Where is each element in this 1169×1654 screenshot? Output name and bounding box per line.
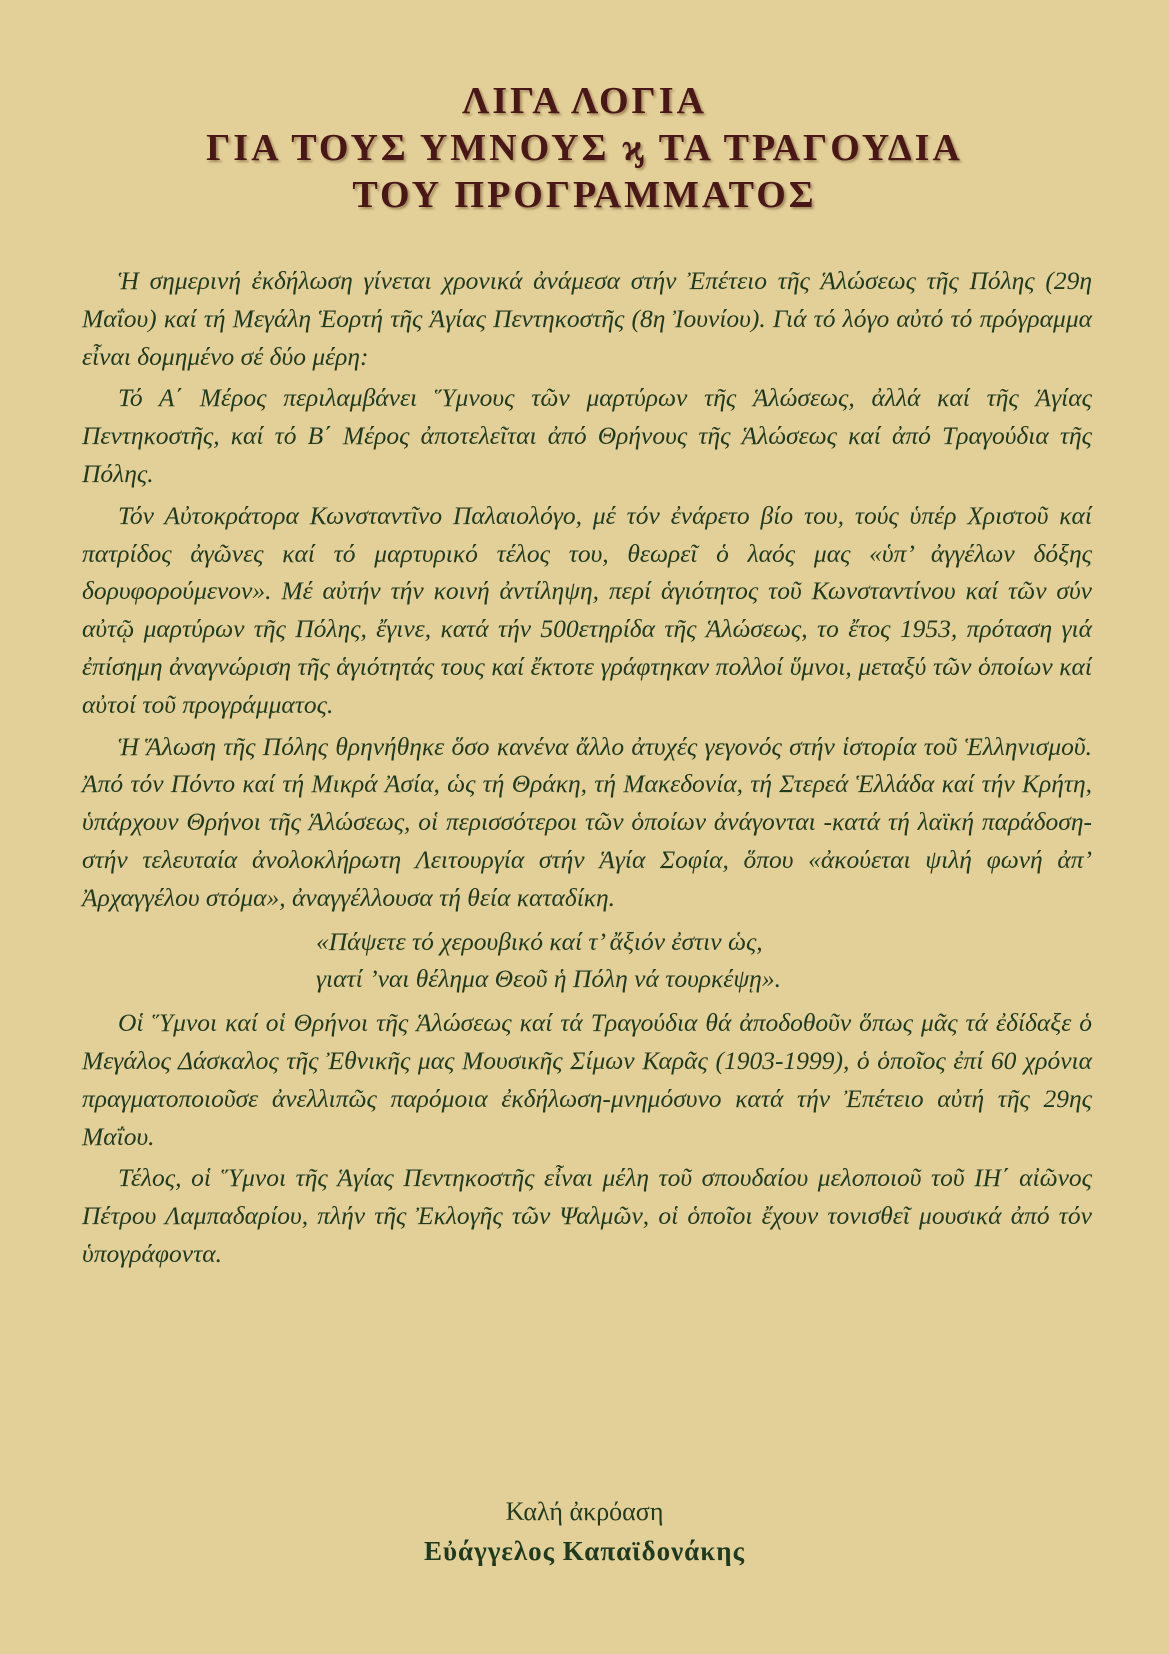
body-text: Ἡ σημερινή ἐκδήλωση γίνεται χρονικά ἀνάμ… [82, 262, 1092, 1277]
paragraph-pentecost: Τέλος, οἱ Ὕμνοι τῆς Ἁγίας Πεντηκοστῆς εἶ… [82, 1159, 1092, 1272]
paragraph-intro: Ἡ σημερινή ἐκδήλωση γίνεται χρονικά ἀνάμ… [82, 262, 1092, 375]
verse-line-2: γιατί ’ναι θέλημα Θεοῦ ἡ Πόλη νά τουρκέψ… [82, 960, 1092, 998]
paragraph-karas: Οἱ Ὕμνοι καί οἱ Θρήνοι τῆς Ἁλώσεως καί τ… [82, 1004, 1092, 1155]
closing-greeting: Καλή ἀκρόαση [0, 1497, 1169, 1527]
title-line-2: ΓΙΑ ΤΟΥΣ ΥΜΝΟΥΣ ϗ ΤΑ ΤΡΑΓΟΥΔΙΑ [0, 125, 1169, 172]
title-line-1: ΛΙΓΑ ΛΟΓΙΑ [0, 78, 1169, 125]
author-signature: Εὐάγγελος Καπαϊδονάκης [0, 1536, 1169, 1567]
page-title: ΛΙΓΑ ΛΟΓΙΑ ΓΙΑ ΤΟΥΣ ΥΜΝΟΥΣ ϗ ΤΑ ΤΡΑΓΟΥΔΙ… [0, 78, 1169, 219]
document-page: ΛΙΓΑ ΛΟΓΙΑ ΓΙΑ ΤΟΥΣ ΥΜΝΟΥΣ ϗ ΤΑ ΤΡΑΓΟΥΔΙ… [0, 0, 1169, 1654]
title-line-3: ΤΟΥ ΠΡΟΓΡΑΜΜΑΤΟΣ [0, 172, 1169, 219]
paragraph-lament: Ἡ Ἅλωση τῆς Πόλης θρηνήθηκε ὅσο κανένα ἄ… [82, 728, 1092, 917]
verse-line-1: «Πάψετε τό χερουβικό καί τ’ ἄξιόν ἐστιν … [82, 923, 1092, 961]
paragraph-emperor: Τόν Αὐτοκράτορα Κωνσταντῖνο Παλαιολόγο, … [82, 497, 1092, 724]
paragraph-program-parts: Τό Α΄ Μέρος περιλαμβάνει Ὕμνους τῶν μαρτ… [82, 379, 1092, 492]
verse-quote: «Πάψετε τό χερουβικό καί τ’ ἄξιόν ἐστιν … [82, 923, 1092, 999]
